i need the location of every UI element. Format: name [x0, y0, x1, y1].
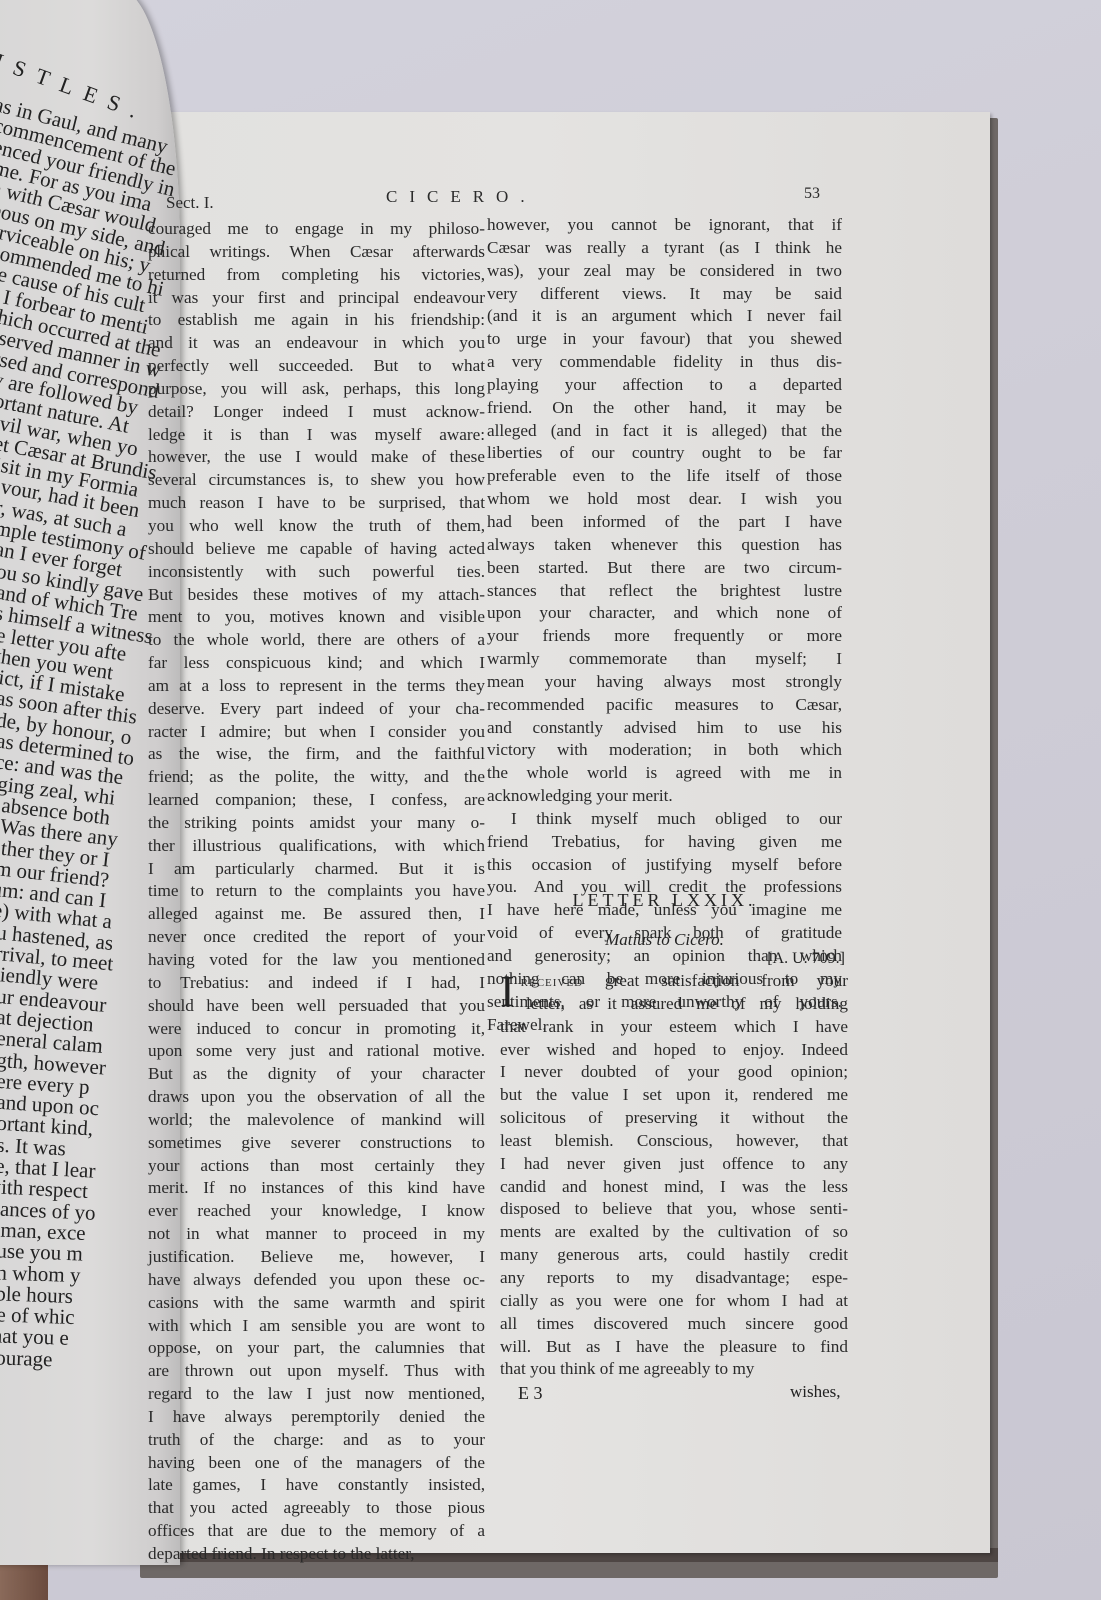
text-line: purpose, you will ask, perhaps, this lon…: [148, 378, 485, 401]
text-line: candid and honest mind, I was the less: [500, 1176, 848, 1199]
text-line: returned from completing his victories,: [148, 264, 485, 287]
text-line: with which I am sensible you are wont to: [148, 1315, 485, 1338]
text-line: much reason I have to be surprised, that: [148, 492, 485, 515]
text-line: But besides these motives of my attach-: [148, 584, 485, 607]
text-line: and it was an endeavour in which you: [148, 332, 485, 355]
page-number: 53: [804, 185, 820, 203]
text-line: couraged me to engage in my philoso-: [148, 218, 485, 241]
text-line: to Trebatius: and indeed if I had, I: [148, 972, 485, 995]
text-line: ledge it is than I was myself aware:: [148, 424, 485, 447]
catchword: wishes,: [790, 1382, 841, 1402]
text-line: ther illustrious qualifications, with wh…: [148, 835, 485, 858]
text-line: (and it is an argument which I never fai…: [487, 305, 842, 328]
text-line: letter, as it assured me of my holding: [500, 993, 848, 1016]
text-line: been started. But there are two circum-: [487, 557, 842, 580]
text-line: truth of the charge: and as to your: [148, 1429, 485, 1452]
letter-subheading: Matius to Cicero.: [487, 930, 842, 950]
text-line: any reports to my disadvantage; espe-: [500, 1267, 848, 1290]
text-line: to the whole world, there are others of …: [148, 629, 485, 652]
text-line: alleged against me. Be assured then, I: [148, 903, 485, 926]
text-line: to urge in your favour) that you shewed: [487, 328, 842, 351]
text-line: deserve. Every part indeed of your cha-: [148, 698, 485, 721]
text-line: racter I admire; but when I consider you: [148, 721, 485, 744]
text-line: draws upon you the observation of all th…: [148, 1086, 485, 1109]
text-line: as the wise, the firm, and the faithful: [148, 743, 485, 766]
text-line: casions with the same warmth and spirit: [148, 1292, 485, 1315]
text-line: cially as you were one for whom I had at: [500, 1290, 848, 1313]
text-line: world; the malevolence of mankind will: [148, 1109, 485, 1132]
text-line: friend; as the polite, the witty, and th…: [148, 766, 485, 789]
letter-heading: LETTER LXXIX.: [487, 890, 842, 911]
text-line: the whole world is agreed with me in: [487, 762, 842, 785]
text-line: a very commendable fidelity in thus dis-: [487, 351, 842, 374]
text-line: detail? Longer indeed I must acknow-: [148, 401, 485, 424]
text-line: victory with moderation; in both which: [487, 739, 842, 762]
text-line: am at a loss to represent in the terms t…: [148, 675, 485, 698]
text-line: oppose, on your part, the calumnies that: [148, 1337, 485, 1360]
text-line: friend. On the other hand, it may be: [487, 397, 842, 420]
signature-mark: E 3: [518, 1383, 543, 1404]
text-line: should have been well persuaded that you: [148, 995, 485, 1018]
text-line: many generous arts, could hastily credit: [500, 1244, 848, 1267]
text-line: having voted for the law you mentioned: [148, 949, 485, 972]
text-line: that you acted agreeably to those pious: [148, 1497, 485, 1520]
text-line: offices that are due to the memory of a: [148, 1520, 485, 1543]
text-line: never once credited the report of your: [148, 926, 485, 949]
text-line: however, you cannot be ignorant, that if: [487, 214, 842, 237]
text-line: time to return to the complaints you hav…: [148, 880, 485, 903]
text-line: always taken whenever this question has: [487, 534, 842, 557]
text-line: warmly commemorate than myself; I: [487, 648, 842, 671]
text-line: however, the use I would make of these: [148, 446, 485, 469]
text-line: that you think of me agreeably to my: [500, 1358, 848, 1381]
text-line: solicitous of preserving it without the: [500, 1107, 848, 1130]
text-line: acknowledging your merit.: [487, 785, 842, 808]
text-line: alleged (and in fact it is alleged) that…: [487, 420, 842, 443]
running-title: CICERO.: [386, 187, 537, 207]
text-line: friend Trebatius, for having given me: [487, 831, 842, 854]
left-page-text-line: courage: [0, 1345, 53, 1372]
text-line: disposed to believe that you, whose sent…: [500, 1198, 848, 1221]
text-line: but the value I set upon it, rendered me: [500, 1084, 848, 1107]
text-line: will. But as I have the pleasure to find: [500, 1336, 848, 1359]
text-line: learned companion; these, I confess, are: [148, 789, 485, 812]
text-line: had been informed of the part I have: [487, 511, 842, 534]
text-line: far less conspicuous kind; and which I: [148, 652, 485, 675]
text-line: upon some very just and rational motive.: [148, 1040, 485, 1063]
text-line: perfectly well succeeded. But to what: [148, 355, 485, 378]
text-line: ment to you, motives known and visible: [148, 606, 485, 629]
text-line: playing your affection to a departed: [487, 374, 842, 397]
text-line: to establish me again in his friendship:: [148, 309, 485, 332]
text-line: are thrown out upon myself. Thus with: [148, 1360, 485, 1383]
text-line: this occasion of justifying myself befor…: [487, 854, 842, 877]
text-line: phical writings. When Cæsar afterwards: [148, 241, 485, 264]
text-line: late games, I have constantly insisted,: [148, 1474, 485, 1497]
drop-cap: I: [500, 972, 515, 1012]
text-line: recommended pacific measures to Cæsar,: [487, 694, 842, 717]
text-line: I am particularly charmed. But it is: [148, 858, 485, 881]
text-line: I have always peremptorily denied the: [148, 1406, 485, 1429]
text-line: very different views. It may be said: [487, 283, 842, 306]
text-line: justification. Believe me, however, I: [148, 1246, 485, 1269]
text-line: your friends more frequently or more: [487, 625, 842, 648]
text-line: inconsistently with such powerful ties.: [148, 561, 485, 584]
text-line: I think myself much obliged to our: [487, 808, 842, 831]
text-line: not in what manner to proceed in my: [148, 1223, 485, 1246]
text-line: was), your zeal may be considered in two: [487, 260, 842, 283]
text-column-left: couraged me to engage in my philoso-phic…: [148, 218, 485, 1566]
text-line: the striking points amidst your many o-: [148, 812, 485, 835]
text-line: upon your character, and which none of: [487, 602, 842, 625]
letter-body: I received great satisfaction from your …: [500, 970, 848, 1381]
text-line: ever reached your knowledge, I know: [148, 1200, 485, 1223]
letter-first-line: I received great satisfaction from your: [500, 970, 848, 993]
text-line: ever wished and hoped to enjoy. Indeed: [500, 1039, 848, 1062]
running-head: Sect. I. CICERO. 53: [148, 185, 838, 215]
text-line: you who well know the truth of them,: [148, 515, 485, 538]
text-line: But as the dignity of your character: [148, 1063, 485, 1086]
text-line: preferable even to the life itself of th…: [487, 465, 842, 488]
text-line: it was your first and principal endeavou…: [148, 287, 485, 310]
text-line: having been one of the managers of the: [148, 1452, 485, 1475]
text-line: mean your having always most strongly: [487, 671, 842, 694]
text-line: departed friend. In respect to the latte…: [148, 1543, 485, 1566]
text-line: I had never given just offence to any: [500, 1153, 848, 1176]
text-line: that rank in your esteem which I have: [500, 1016, 848, 1039]
text-line: sometimes give severer constructions to: [148, 1132, 485, 1155]
text-line: all times discovered much sincere good: [500, 1313, 848, 1336]
text-line: have always defended you upon these oc-: [148, 1269, 485, 1292]
text-line: liberties of our country ought to be far: [487, 442, 842, 465]
first-line-text: great satisfaction from your: [605, 971, 848, 990]
text-column-right: however, you cannot be ignorant, that if…: [487, 214, 842, 1036]
text-line: your actions than most certainly they: [148, 1155, 485, 1178]
text-line: merit. If no instances of this kind have: [148, 1177, 485, 1200]
text-line: ments are exalted by the cultivation of …: [500, 1221, 848, 1244]
text-line: Cæsar was really a tyrant (as I think he: [487, 237, 842, 260]
text-line: several circumstances is, to shew you ho…: [148, 469, 485, 492]
text-line: and constantly advised him to use his: [487, 717, 842, 740]
section-label: Sect. I.: [166, 193, 214, 213]
text-line: regard to the law I just now mentioned,: [148, 1383, 485, 1406]
text-line: least blemish. Conscious, however, that: [500, 1130, 848, 1153]
text-line: whom we hold most dear. I wish you: [487, 488, 842, 511]
text-line: were induced to concur in promoting it,: [148, 1018, 485, 1041]
book-spine-leather: [0, 1565, 48, 1600]
small-caps-word: received: [521, 974, 583, 990]
text-line: I never doubted of your good opinion;: [500, 1061, 848, 1084]
text-line: stances that reflect the brightest lustr…: [487, 580, 842, 603]
text-line: should believe me capable of having acte…: [148, 538, 485, 561]
letter-date: [A. U. 709.]: [487, 950, 845, 968]
